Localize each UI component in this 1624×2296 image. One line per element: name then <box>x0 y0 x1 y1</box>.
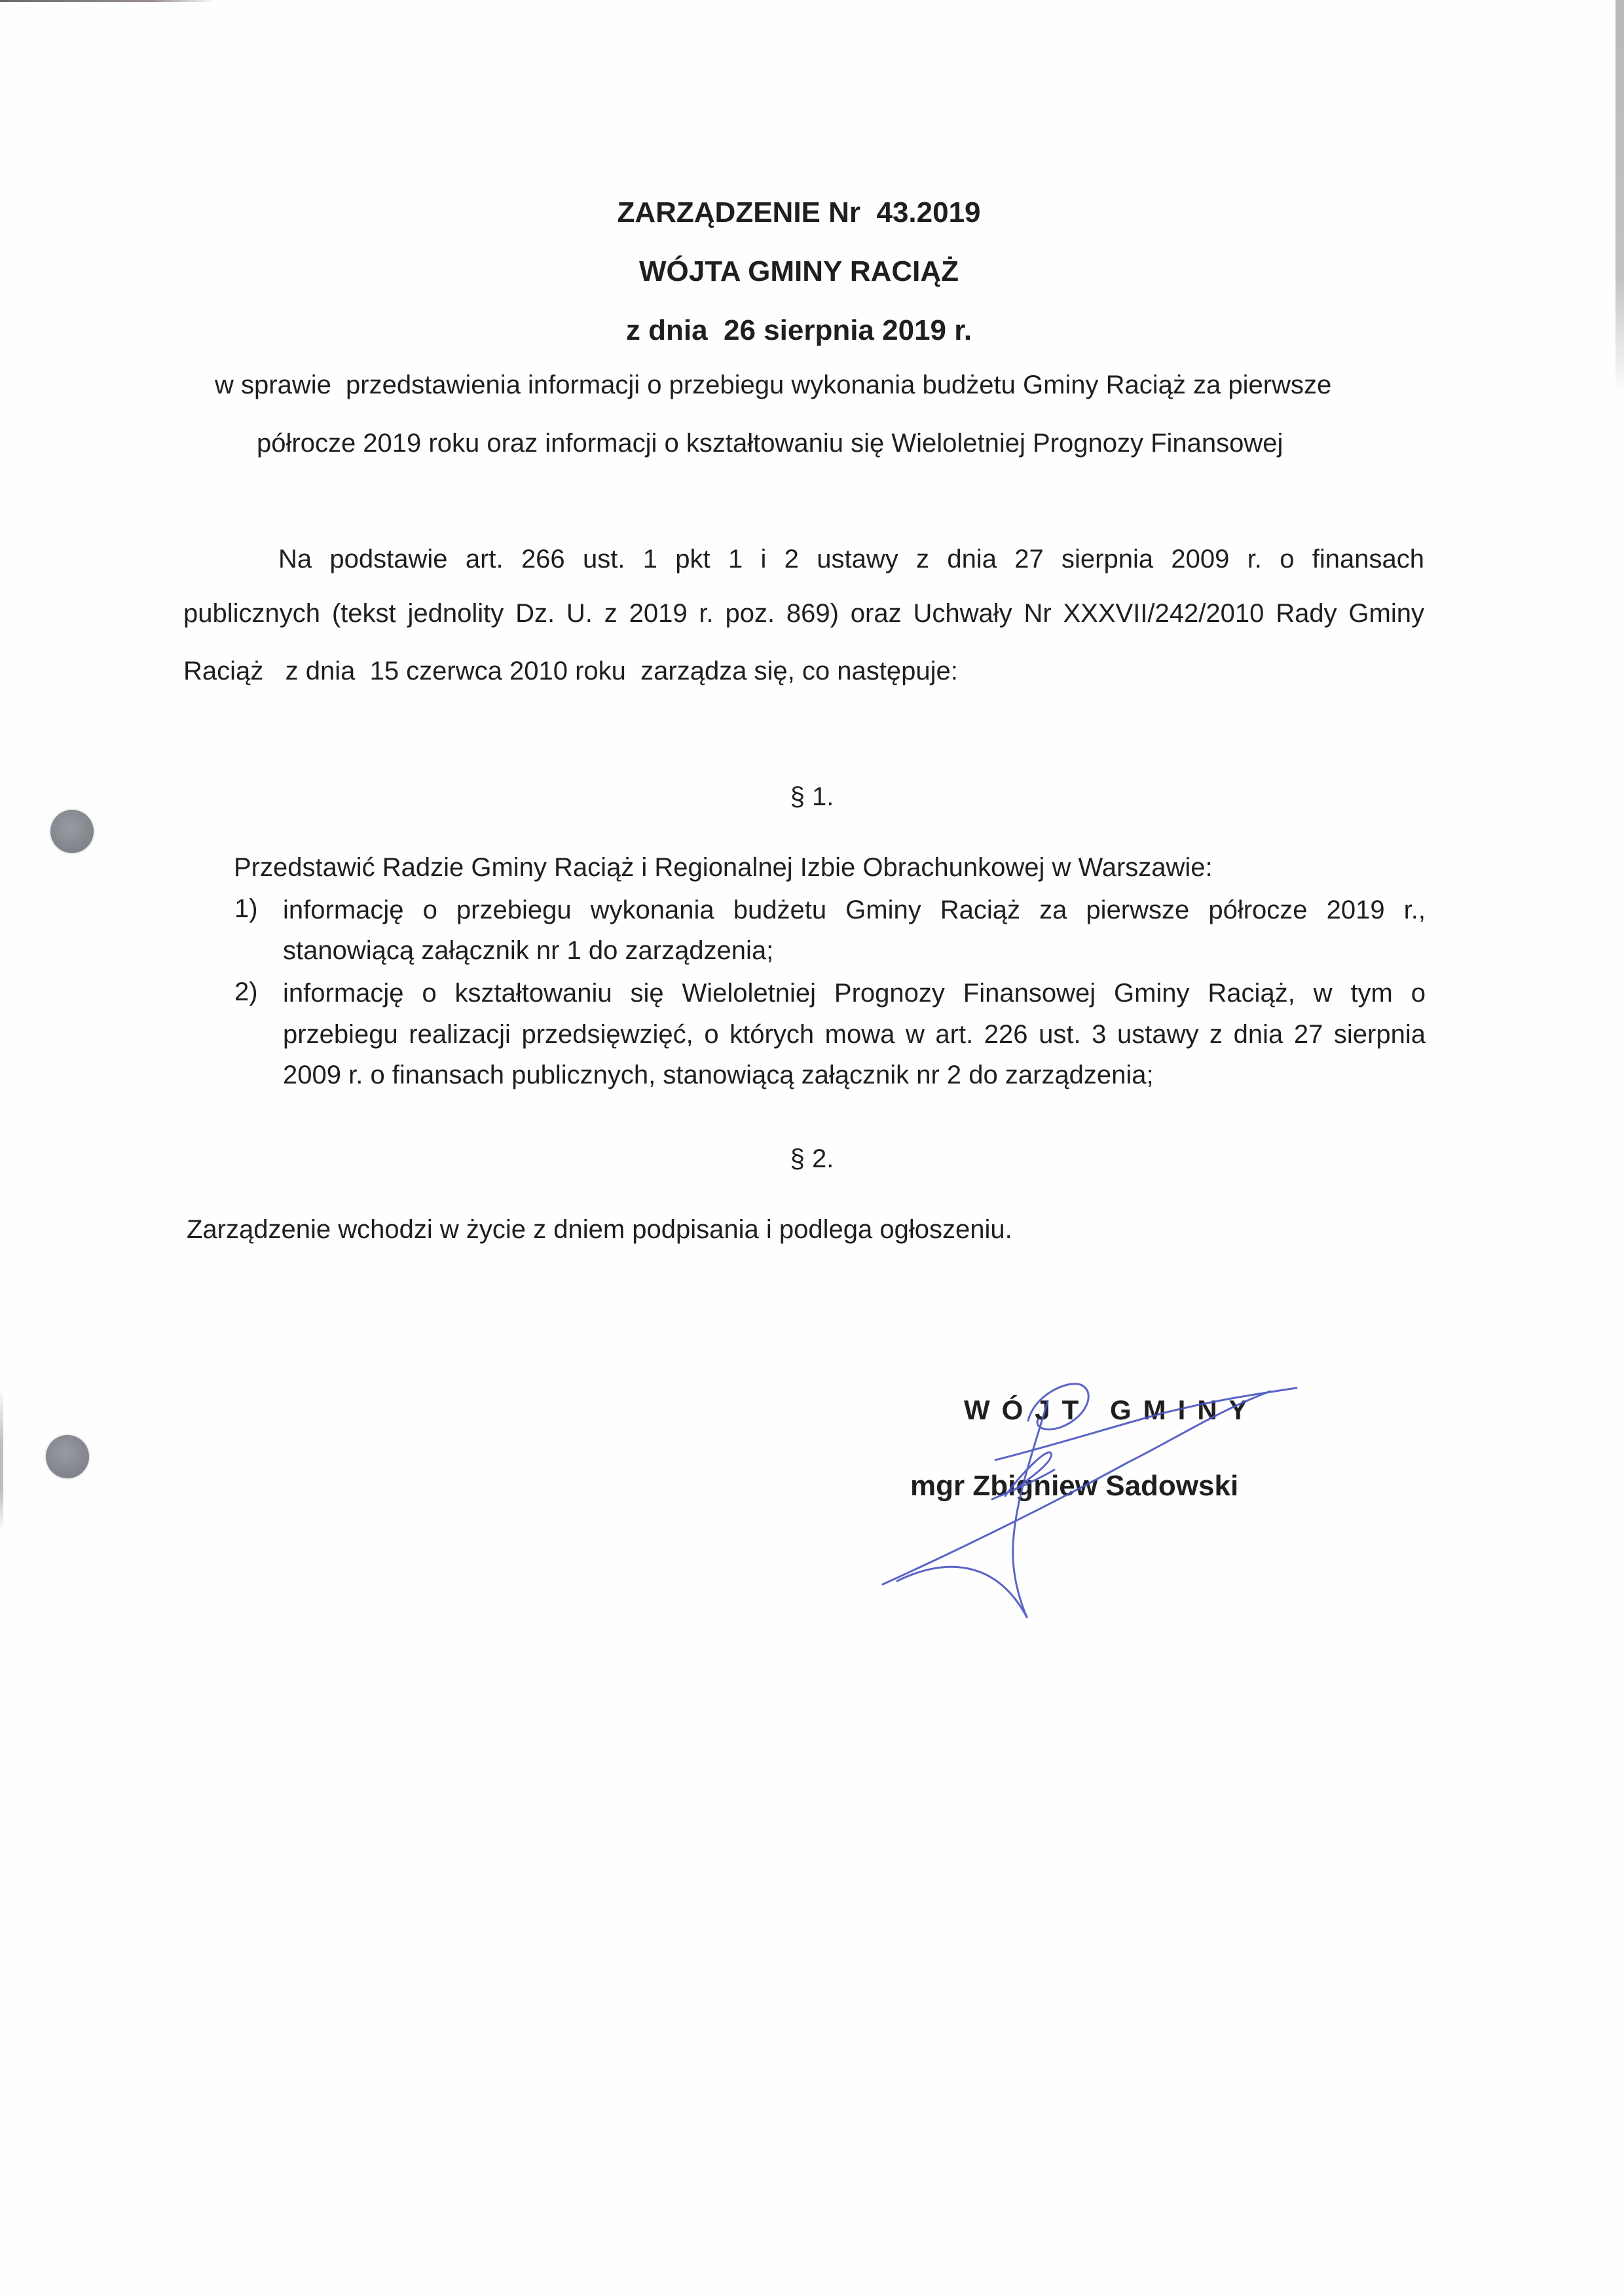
document-issuer: WÓJTA GMINY RACIĄŻ <box>0 255 1598 288</box>
list-number: 2) <box>234 979 258 1005</box>
preamble-line: Na podstawie art. 266 ust. 1 pkt 1 i 2 u… <box>278 545 1424 574</box>
preamble-line: publicznych (tekst jednolity Dz. U. z 20… <box>183 599 1424 629</box>
section-heading: § 1. <box>0 782 1611 812</box>
document-title: ZARZĄDZENIE Nr 43.2019 <box>0 196 1598 229</box>
list-item-line: 2009 r. o finansach publicznych, stanowi… <box>283 1062 1154 1088</box>
signature-role: WÓJT GMINY <box>964 1394 1259 1426</box>
preamble-line: Raciąż z dnia 15 czerwca 2010 roku zarzą… <box>183 658 958 684</box>
section-heading: § 2. <box>0 1144 1611 1174</box>
scan-top-edge <box>0 0 216 2</box>
subject-line: półrocze 2019 roku oraz informacji o ksz… <box>257 430 1283 456</box>
document-date: z dnia 26 sierpnia 2019 r. <box>0 314 1598 347</box>
list-number: 1) <box>234 896 258 922</box>
scan-right-edge <box>1615 0 1624 393</box>
section1-intro: Przedstawić Radzie Gminy Raciąż i Region… <box>234 854 1213 881</box>
punch-hole <box>50 810 94 853</box>
section2-text: Zarządzenie wchodzi w życie z dniem podp… <box>187 1216 1012 1243</box>
list-item-line: informację o przebiegu wykonania budżetu… <box>283 896 1426 925</box>
subject-line: w sprawie przedstawienia informacji o pr… <box>215 372 1331 398</box>
list-item-line: stanowiącą załącznik nr 1 do zarządzenia… <box>283 938 773 964</box>
list-item-line: informację o kształtowaniu się Wieloletn… <box>283 979 1426 1008</box>
scan-left-edge <box>0 1388 3 1532</box>
list-item-line: przebiegu realizacji przedsięwzięć, o kt… <box>283 1020 1426 1049</box>
signature-name: mgr Zbigniew Sadowski <box>910 1470 1238 1503</box>
punch-hole <box>46 1435 89 1478</box>
